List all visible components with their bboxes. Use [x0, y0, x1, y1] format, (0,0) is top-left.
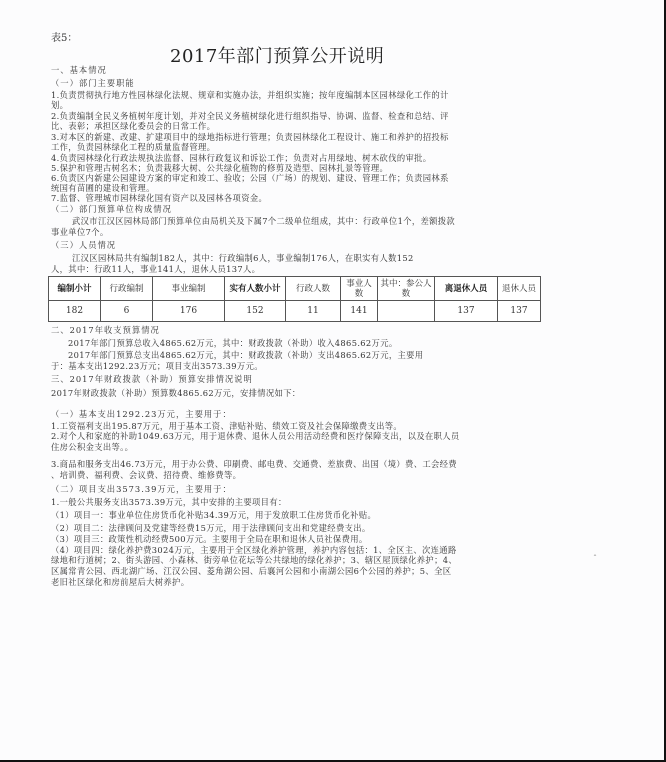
- table-value-cell: 152: [225, 301, 286, 322]
- basic-expenditure-line: 2.对个人和家庭的补助1049.63万元，用于退休费、退休人员公用活动经费和医疗…: [51, 431, 460, 441]
- table-value-cell: 182: [49, 301, 101, 322]
- subsection-heading-basic-expenditure: （一）基本支出1292.23万元，主要用于：: [51, 409, 232, 419]
- project-expenditure-line: （3）项目三：政策性机动经费500万元。主要用于全局在职和退休人员社保费用。: [51, 534, 368, 544]
- table-header-cell: 行政编制: [101, 277, 153, 301]
- table-header-cell: 退休人员: [498, 277, 541, 301]
- subsection-heading-staff: （三）人员情况: [51, 240, 116, 250]
- subsection-heading-project-expenditure: （二）项目支出3573.39万元，主要用于：: [51, 484, 232, 494]
- staff-table-header-row: 编制小计 行政编制 事业编制 实有人数小计 行政人数 事业人数 其中：参公人数 …: [49, 277, 541, 301]
- table-value-cell: 137: [498, 301, 541, 322]
- budget-line: 于：基本支出1292.23万元；项目支出3573.39万元。: [51, 361, 263, 371]
- document-title: 2017年部门预算公开说明: [170, 42, 384, 68]
- basic-expenditure-line: 3.商品和服务支出46.73万元，用于办公费、印刷费、邮电费、交通费、差旅费、出…: [51, 459, 457, 469]
- project-expenditure-line: （1）项目一：事业单位住房货币化补贴34.39万元，用于发放职工住房货币化补贴。: [51, 510, 376, 520]
- table-header-cell: 事业编制: [153, 277, 225, 301]
- function-line: 3.对本区的新建、改建、扩建项目中的绿地指标进行管理；负责园林绿化工程设计、施工…: [51, 132, 449, 142]
- table-value-cell: 176: [153, 301, 225, 322]
- project-expenditure-line: （4）项目四：绿化养护费3024万元，主要用于全区绿化养护管理，养护内容包括：1…: [51, 545, 457, 555]
- table-value-cell: 141: [341, 301, 378, 322]
- section-heading-basic-info: 一、基本情况: [51, 65, 107, 75]
- function-line: 5.保护和管理古树名木；负责栽移大树、公共绿化植物的修剪及造型、园林扎景等管理。: [51, 163, 388, 173]
- project-expenditure-line: 区属常青公园、西北湖广场、江汉公园、菱角湖公园、后襄河公园和小南湖公园6个公园的…: [51, 566, 451, 576]
- allocation-intro: 2017年财政拨款（补助）预算数4865.62万元，安排情况如下：: [51, 388, 301, 398]
- project-expenditure-line: 绿地和行道树；2、街头游园、小森林、街旁单位花坛等公共绿地的绿化养护；3、辖区屋…: [51, 555, 457, 565]
- table-header-cell: 离退休人员: [435, 277, 498, 301]
- staff-line: 人，其中：行政11人，事业141人，退休人员137人。: [51, 264, 260, 274]
- function-line: 6.负责区内新建公园建设方案的审定和竣工、验收；公园（广场）的规划、建设、管理工…: [51, 173, 449, 183]
- table-header-cell: 事业人数: [341, 277, 378, 301]
- subsection-heading-units: （二）部门预算单位构成情况: [51, 204, 172, 214]
- table-label: 表5：: [51, 29, 77, 44]
- staff-table: 编制小计 行政编制 事业编制 实有人数小计 行政人数 事业人数 其中：参公人数 …: [48, 276, 541, 322]
- function-line: 4.负责园林绿化行政法规执法监督、园林行政复议和诉讼工作；负责对占用绿地、树木砍…: [51, 153, 431, 163]
- basic-expenditure-line: 、培训费、福利费、会议费、招待费、维修费等。: [51, 470, 241, 480]
- subsection-heading-functions: （一）部门主要职能: [51, 78, 135, 88]
- basic-expenditure-line: 住房公积金支出等。。: [51, 442, 133, 452]
- project-expenditure-line: （2）项目二：法律顾问及党建等经费15万元，用于法律顾问支出和党建经费支出。: [51, 523, 371, 533]
- units-line: 武汉市江汉区园林局部门预算单位由局机关及下属7个二级单位组成，其中：行政单位1个…: [72, 216, 455, 226]
- function-line: 工作，负责园林绿化工程的质量监督管理。: [51, 142, 215, 152]
- scanned-document-page: 表5： 2017年部门预算公开说明 一、基本情况 （一）部门主要职能 1.负责贯…: [0, 0, 666, 762]
- project-expenditure-line: 1.一般公共服务支出3573.39万元，其中安排的主要项目有：: [51, 497, 287, 507]
- budget-line: 2017年部门预算总支出4865.62万元，其中：财政拨款（补助）支出4865.…: [68, 350, 423, 360]
- budget-line: 2017年部门预算总收入4865.62万元，其中：财政拨款（补助）收入4865.…: [68, 338, 398, 348]
- staff-line: 江汉区园林局共有编制182人，其中：行政编制6人，事业编制176人，在职实有人数…: [72, 253, 414, 263]
- function-line: 划。: [51, 100, 68, 110]
- table-value-cell: 11: [286, 301, 341, 322]
- table-header-cell: 其中：参公人数: [378, 277, 435, 301]
- section-heading-allocation: 三、2017年财政拨款（补助）预算安排情况说明: [51, 374, 253, 384]
- table-value-cell: 6: [101, 301, 153, 322]
- function-line: 2.负责编制全民义务植树年度计划，并对全民义务植树绿化进行组织指导、协调、监督、…: [51, 111, 449, 121]
- function-line: 比、表彰；承担区绿化委员会的日常工作。: [51, 121, 215, 131]
- table-value-cell: [378, 301, 435, 322]
- function-line: 7.监督、管理城市园林绿化国有资产以及园林各项资金。: [51, 193, 267, 203]
- function-line: 统国有苗圃的建设和管理。: [51, 183, 155, 193]
- staff-table-value-row: 182 6 176 152 11 141 137 137: [49, 301, 541, 322]
- table-header-cell: 实有人数小计: [225, 277, 286, 301]
- basic-expenditure-line: 1.工资福利支出195.87万元，用于基本工资、津贴补贴、绩效工资及社会保障缴费…: [51, 421, 402, 431]
- scan-speck-mark: ˆ: [593, 554, 597, 563]
- table-header-cell: 行政人数: [286, 277, 341, 301]
- function-line: 1.负责贯彻执行地方性园林绿化法规、规章和实施办法，并组织实施；按年度编制本区园…: [51, 90, 449, 100]
- section-heading-budget: 二、2017年收支预算情况: [51, 325, 160, 335]
- project-expenditure-line: 老旧社区绿化和房前屋后大树养护。: [51, 577, 189, 587]
- table-header-cell: 编制小计: [49, 277, 101, 301]
- table-value-cell: 137: [435, 301, 498, 322]
- units-line: 事业单位7个。: [51, 227, 109, 237]
